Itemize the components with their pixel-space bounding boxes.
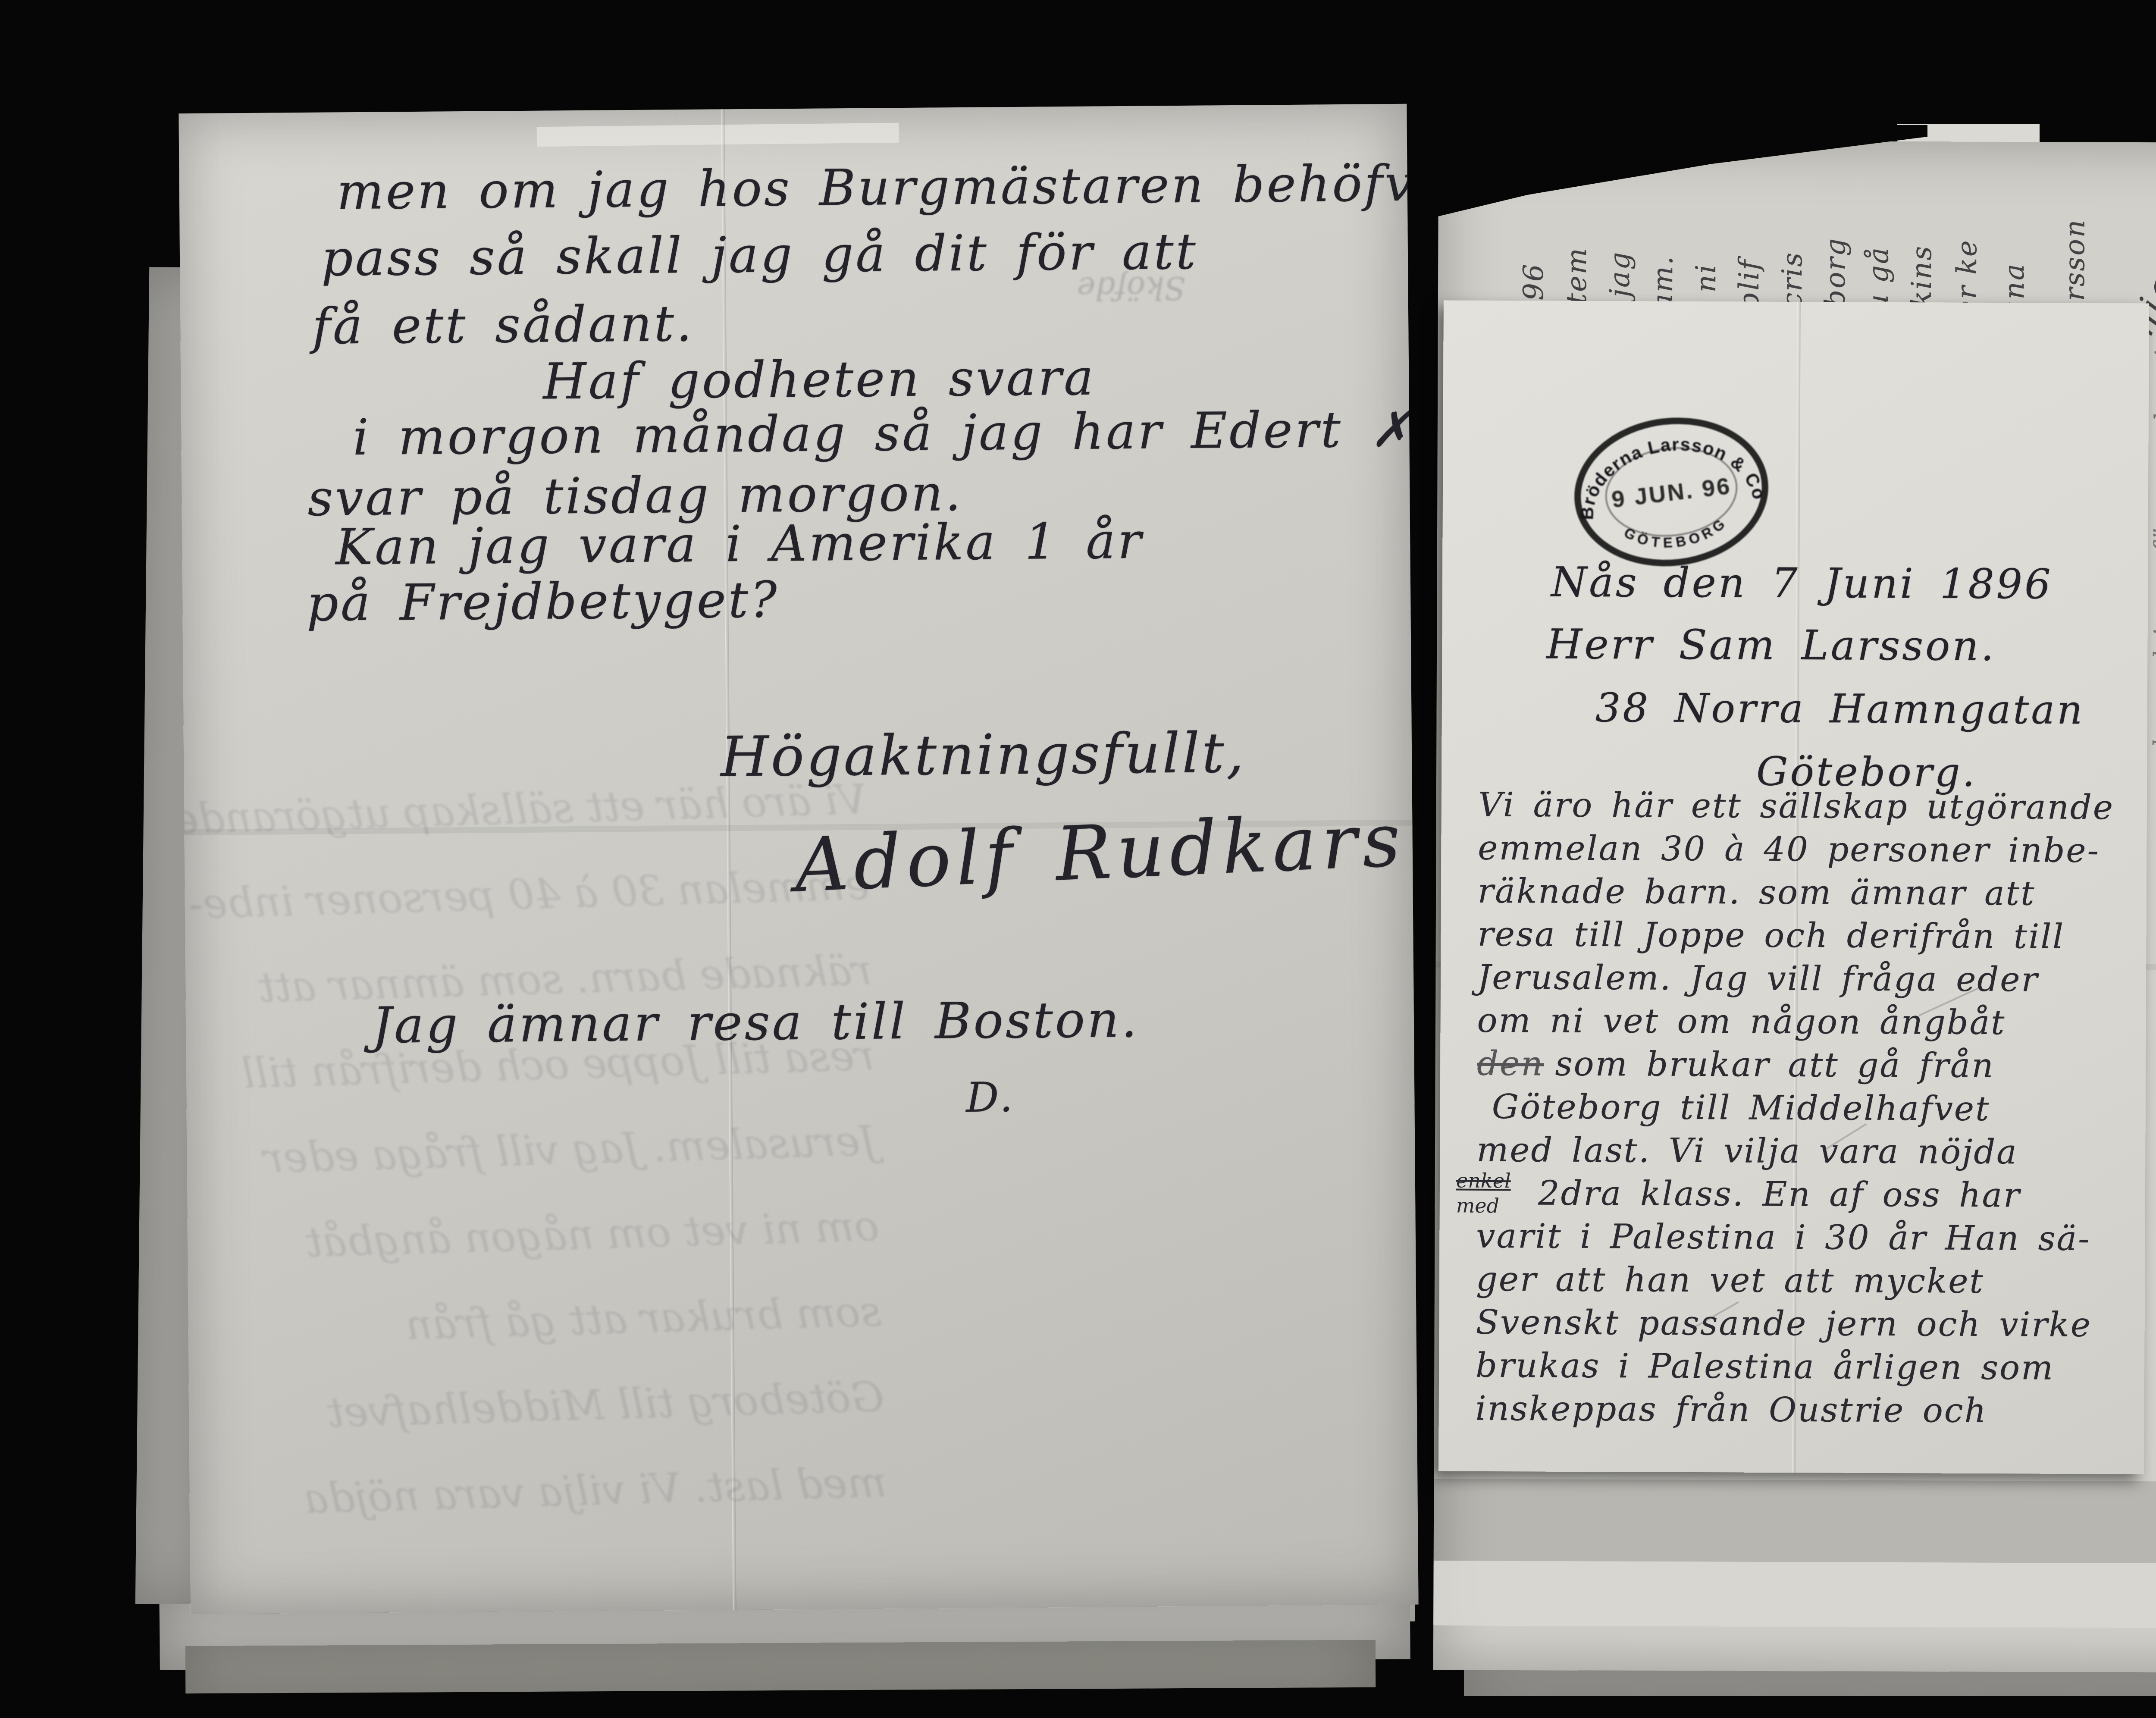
letter-body-line: med last. Vi vilja vara nöjda: [1476, 1131, 2018, 1172]
nas-letter-page: Bröderna Larsson & Co 9 JUN. 96 GÖTEBORG…: [1438, 300, 2149, 1474]
letter-body-line: om ni vet om någon ångbåt: [1477, 1001, 2006, 1042]
postscript-initial: D.: [966, 1074, 1015, 1122]
handwritten-line: Haf godheten svara: [543, 349, 1096, 411]
margin-correction: enkel med: [1456, 1168, 1511, 1219]
letter-body-line: Vi äro här ett sällskap utgörande: [1478, 786, 2115, 827]
letter-body-line: inskeppas från Oustrie och: [1476, 1389, 1988, 1430]
letter-addressee: Herr Sam Larsson.: [1546, 621, 1996, 670]
letter-street: 38 Norra Hamngatan: [1595, 685, 2085, 733]
letter-body-line: resa till Joppe och derifrån till: [1477, 915, 2065, 956]
handwritten-line: Kan jag vara i Amerika 1 år: [335, 512, 1144, 577]
margin-note-column: …ande vandringen för varandra ning: [2149, 315, 2156, 813]
sheet-edge-strip: [1433, 1561, 2156, 1628]
handwritten-line: i morgon måndag så jag har Edert ✗: [353, 401, 1414, 467]
letter-body-line: Göteborg till Middelhafvet: [1492, 1088, 1990, 1129]
letter-body-line: densom brukar att gå från: [1477, 1044, 1995, 1085]
handwritten-line: på Frejdbetyget?: [307, 571, 779, 633]
letter-body-line: 2dra klass. En af oss har: [1538, 1174, 2021, 1215]
company-stamp: Bröderna Larsson & Co 9 JUN. 96 GÖTEBORG: [1561, 403, 1781, 581]
letter-body-line: ger att han vet att mycket: [1476, 1260, 1984, 1301]
letter-body-line: emmelan 30 à 40 personer inbe-: [1478, 829, 2100, 870]
letter-body-line: räknade barn. som ämnar att: [1478, 872, 2036, 913]
letter-body-line: Svenskt passande jern och virke: [1476, 1303, 2092, 1345]
page-curl-highlight: [537, 123, 899, 147]
letter-body-line: varit i Palestina i 30 år Han sä-: [1476, 1217, 2090, 1258]
handwritten-line: pass så skall jag gå dit för att: [321, 223, 1198, 288]
letter-body-text: som brukar att gå från: [1555, 1045, 1995, 1085]
microfilm-scan: Sköfde men om jag hos Burgmästaren behöf…: [0, 0, 2156, 1718]
stamp-graphic: Bröderna Larsson & Co 9 JUN. 96 GÖTEBORG: [1561, 403, 1781, 581]
left-letter-page: Sköfde men om jag hos Burgmästaren behöf…: [179, 104, 1418, 1614]
letter-body-line: Jerusalem. Jag vill fråga eder: [1477, 958, 2039, 1000]
struck-margin-word: enkel: [1456, 1168, 1511, 1194]
letter-dateline: Nås den 7 Juni 1896: [1551, 559, 2053, 608]
letter-body-line: brukas i Palestina årligen som: [1476, 1346, 2054, 1388]
left-stack-sheet-edge: [185, 1640, 1376, 1693]
margin-word: med: [1456, 1193, 1511, 1219]
handwritten-line: få ett sådant.: [312, 295, 694, 356]
stamp-date: 9 JUN. 96: [1610, 473, 1733, 513]
signature: Adolf Rudkars: [793, 796, 1407, 909]
handwritten-line: men om jag hos Burgmästaren behöfver: [336, 154, 1418, 221]
shadow-band: [1434, 1479, 2156, 1564]
struck-word: den: [1477, 1044, 1544, 1084]
ink-bleedthrough: Vi äro här ett sällskap utgörande emmela…: [193, 757, 888, 1544]
